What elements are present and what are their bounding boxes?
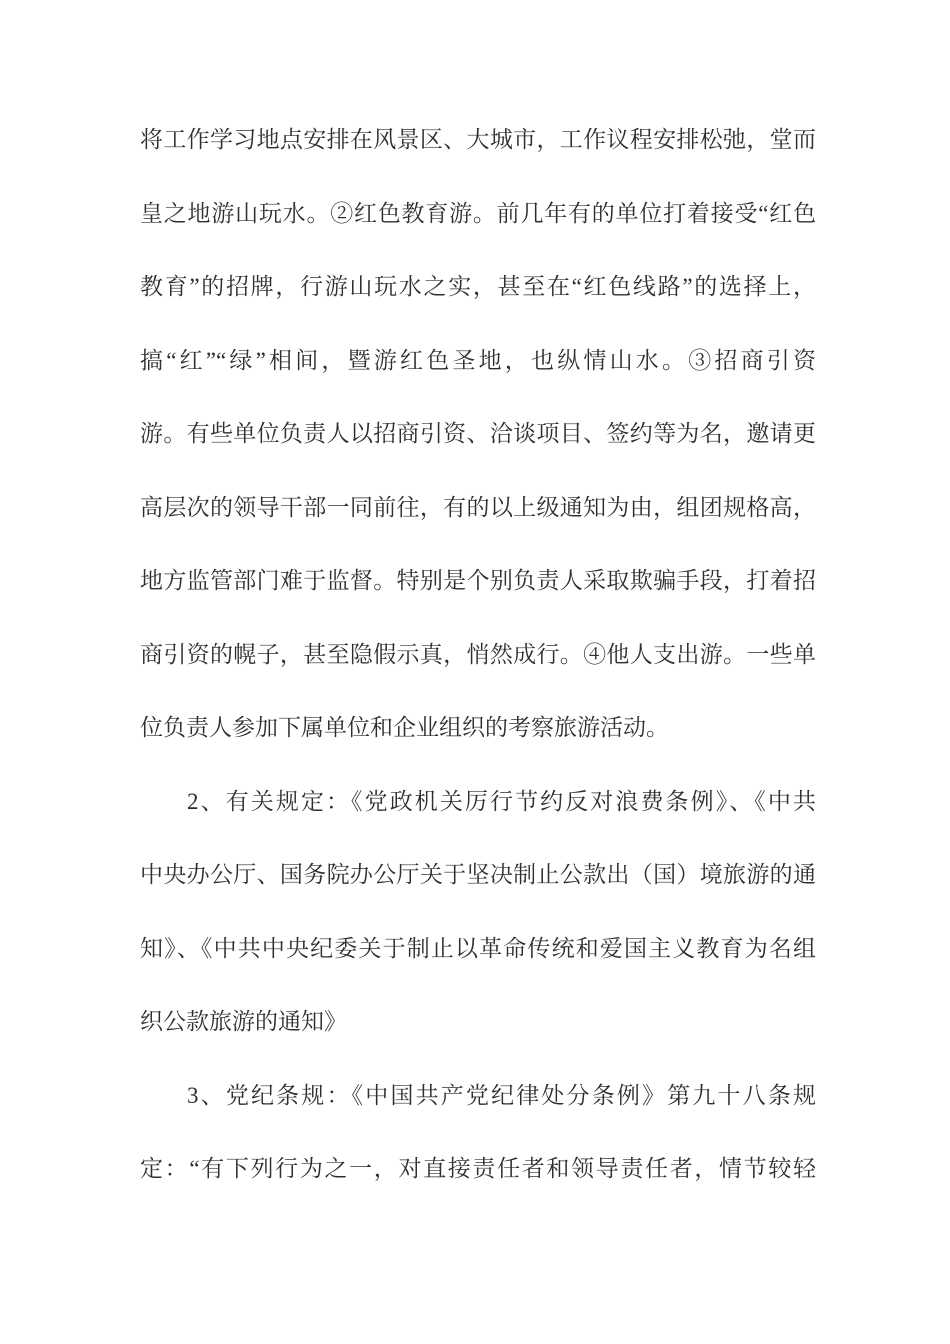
- text-line: 定：“有下列行为之一，对直接责任者和领导责任者，情节较轻: [140, 1132, 816, 1206]
- document-page: 将工作学习地点安排在风景区、大城市，工作议程安排松弛，堂而 皇之地游山玩水。②红…: [0, 0, 950, 1344]
- text-line: 2、有关规定：《党政机关厉行节约反对浪费条例》、《中共: [140, 765, 816, 839]
- text-line: 游。有些单位负责人以招商引资、洽谈项目、签约等为名，邀请更: [140, 397, 816, 471]
- text-line: 将工作学习地点安排在风景区、大城市，工作议程安排松弛，堂而: [140, 103, 816, 177]
- text-line: 搞“红”“绿”相间，暨游红色圣地，也纵情山水。③招商引资: [140, 324, 816, 398]
- paragraph-discipline-rules: 3、党纪条规：《中国共产党纪律处分条例》第九十八条规 定：“有下列行为之一，对直…: [140, 1059, 816, 1206]
- paragraph-regulations: 2、有关规定：《党政机关厉行节约反对浪费条例》、《中共 中央办公厅、国务院办公厅…: [140, 765, 816, 1059]
- text-line: 地方监管部门难于监督。特别是个别负责人采取欺骗手段，打着招: [140, 544, 816, 618]
- text-line: 知》、《中共中央纪委关于制止以革命传统和爱国主义教育为名组: [140, 912, 816, 986]
- text-line: 中央办公厅、国务院办公厅关于坚决制止公款出（国）境旅游的通: [140, 838, 816, 912]
- text-line: 皇之地游山玩水。②红色教育游。前几年有的单位打着接受“红色: [140, 177, 816, 251]
- document-body: 将工作学习地点安排在风景区、大城市，工作议程安排松弛，堂而 皇之地游山玩水。②红…: [140, 103, 816, 1206]
- paragraph-tourism-forms: 将工作学习地点安排在风景区、大城市，工作议程安排松弛，堂而 皇之地游山玩水。②红…: [140, 103, 816, 765]
- text-line: 织公款旅游的通知》: [140, 985, 816, 1059]
- text-line: 位负责人参加下属单位和企业组织的考察旅游活动。: [140, 691, 816, 765]
- text-line: 高层次的领导干部一同前往，有的以上级通知为由，组团规格高，: [140, 471, 816, 545]
- text-line: 商引资的幌子，甚至隐假示真，悄然成行。④他人支出游。一些单: [140, 618, 816, 692]
- text-line: 教育”的招牌，行游山玩水之实，甚至在“红色线路”的选择上，: [140, 250, 816, 324]
- text-line: 3、党纪条规：《中国共产党纪律处分条例》第九十八条规: [140, 1059, 816, 1133]
